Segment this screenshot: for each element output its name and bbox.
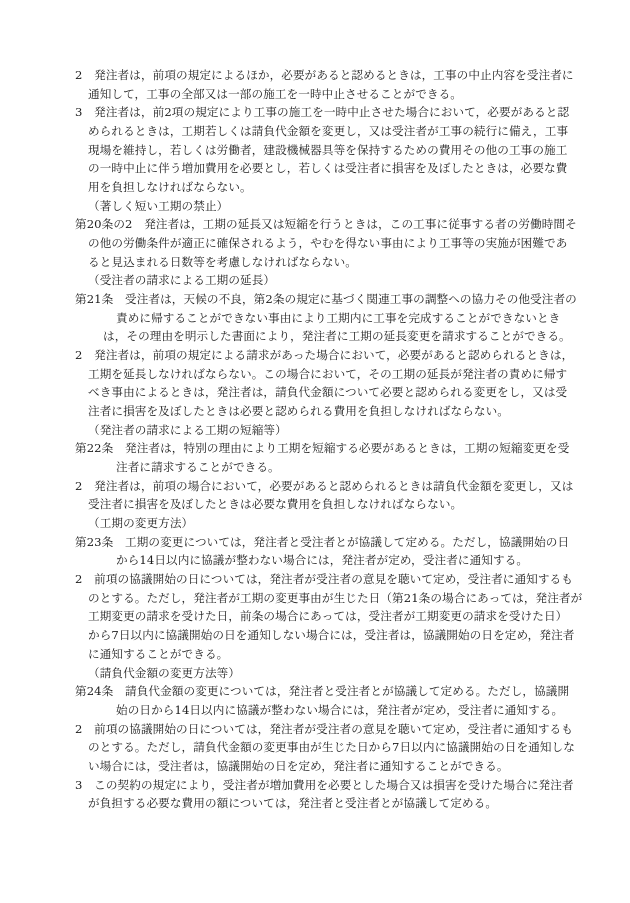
caption-line: （工期の変更方法）	[75, 514, 565, 533]
text-line: 始の日から14日以内に協議が整わない場合には，発注者が定め，受注者に通知する。	[75, 701, 565, 720]
text-line: の一時中止に伴う増加費用を必要とし，若しくは受注者に損害を及ぼしたときは，必要な…	[75, 159, 565, 178]
caption-line: （受注者の請求による工期の延長）	[75, 271, 565, 290]
text-line: 2 前項の協議開始の日については，発注者が受注者の意見を聴いて定め，受注者に通知…	[75, 720, 565, 739]
text-line: のとする。ただし，請負代金額の変更事由が生じた日から7日以内に協議開始の日を通知…	[75, 738, 565, 757]
text-line: 用を負担しなければならない。	[75, 178, 565, 197]
text-line: 通知して，工事の全部又は一部の施工を一時中止させることができる。	[75, 85, 565, 104]
text-line: 注者に請求することができる。	[75, 458, 565, 477]
text-line: 2 前項の協議開始の日については，発注者が受注者の意見を聴いて定め，受注者に通知…	[75, 570, 565, 589]
text-line: の他の労働条件が適正に確保されるよう，やむを得ない事由により工事等の実施が困難で…	[75, 234, 565, 253]
document-page: 2 発注者は，前項の規定によるほか，必要があると認めるときは，工事の中止内容を受…	[0, 0, 630, 903]
text-line: のとする。ただし，発注者が工期の変更事由が生じた日（第21条の場合にあっては，発…	[75, 589, 565, 608]
text-line: 3 この契約の規定により，受注者が増加費用を必要とした場合又は損害を受けた場合に…	[75, 776, 565, 795]
text-line: から14日以内に協議が整わない場合には，発注者が定め，受注者に通知する。	[75, 551, 565, 570]
text-line: 注者に損害を及ぼしたときは必要と認められる費用を負担しなければならない。	[75, 402, 565, 421]
document-body: 2 発注者は，前項の規定によるほか，必要があると認めるときは，工事の中止内容を受…	[75, 66, 565, 813]
text-line: 受注者に損害を及ぼしたときは必要な費用を負担しなければならない。	[75, 495, 565, 514]
text-line: から7日以内に協議開始の日を通知しない場合には，受注者は，協議開始の日を定め，発…	[75, 626, 565, 645]
text-line: 第23条 工期の変更については，発注者と受注者とが協議して定める。ただし，協議開…	[75, 533, 565, 552]
text-line: 第20条の2 発注者は，工期の延長又は短縮を行うときは，この工事に従事する者の労…	[75, 215, 565, 234]
text-line: 工期変更の請求を受けた日，前条の場合にあっては，受注者が工期変更の請求を受けた日…	[75, 607, 565, 626]
caption-line: （請負代金額の変更方法等）	[75, 664, 565, 683]
text-line: 2 発注者は，前項の規定による請求があった場合において，必要があると認められると…	[75, 346, 565, 365]
text-line: 2 発注者は，前項の規定によるほか，必要があると認めるときは，工事の中止内容を受…	[75, 66, 565, 85]
text-line: に通知することができる。	[75, 645, 565, 664]
text-line: が負担する必要な費用の額については，発注者と受注者とが協議して定める。	[75, 794, 565, 813]
text-line: 現場を維持し，若しくは労働者，建設機械器具等を保持するための費用その他の工事の施…	[75, 141, 565, 160]
text-line: べき事由によるときは，発注者は，請負代金額について必要と認められる変更をし，又は…	[75, 383, 565, 402]
text-line: 第21条 受注者は，天候の不良，第2条の規定に基づく関連工事の調整への協力その他…	[75, 290, 565, 309]
text-line: められるときは，工期若しくは請負代金額を変更し，又は受注者が工事の続行に備え，工…	[75, 122, 565, 141]
text-line: 工期を延長しなければならない。この場合において，その工期の延長が発注者の責めに帰…	[75, 365, 565, 384]
text-line: い場合には，受注者は，協議開始の日を定め，発注者に通知することができる。	[75, 757, 565, 776]
text-line: 第24条 請負代金額の変更については，発注者と受注者とが協議して定める。ただし，…	[75, 682, 565, 701]
caption-line: （著しく短い工期の禁止）	[75, 197, 565, 216]
text-line: ると見込まれる日数等を考慮しなければならない。	[75, 253, 565, 272]
caption-line: （発注者の請求による工期の短縮等）	[75, 421, 565, 440]
text-line: 第22条 発注者は，特別の理由により工期を短縮する必要があるときは，工期の短縮変…	[75, 439, 565, 458]
text-line: は，その理由を明示した書面により，発注者に工期の延長変更を請求することができる。	[75, 327, 565, 346]
text-line: 責めに帰することができない事由により工期内に工事を完成することができないとき	[75, 309, 565, 328]
text-line: 3 発注者は，前2項の規定により工事の施工を一時中止させた場合において，必要があ…	[75, 103, 565, 122]
text-line: 2 発注者は，前項の場合において，必要があると認められるときは請負代金額を変更し…	[75, 477, 565, 496]
